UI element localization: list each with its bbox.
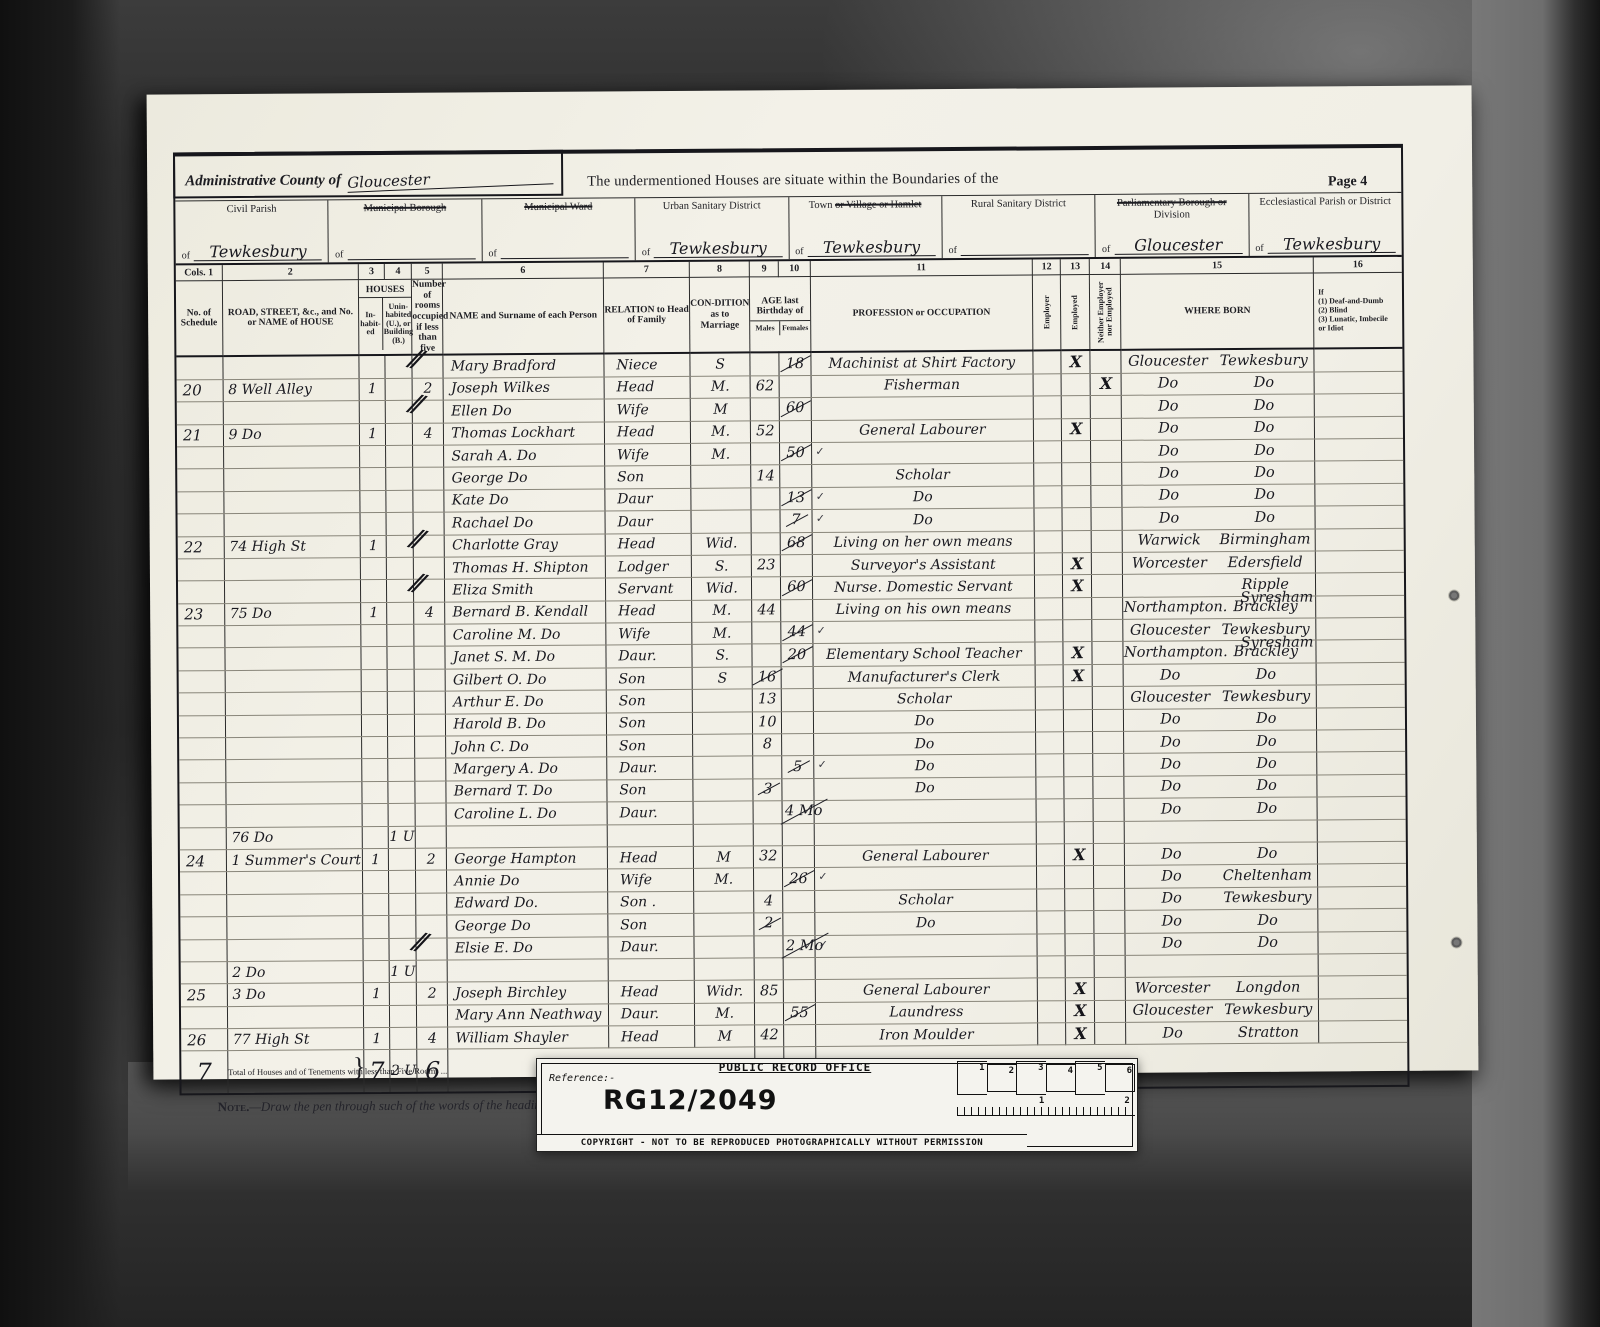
- cell-occupation: [814, 799, 1037, 823]
- born-county: Gloucester: [1126, 1003, 1218, 1020]
- cell-employed: [1062, 485, 1091, 508]
- cell-uninhabited: [388, 781, 415, 804]
- cell-name: Joseph Wilkes: [443, 377, 604, 401]
- enumeration-table: Cols. 12345678910111213141516No. of Sche…: [176, 257, 1408, 1094]
- age-value: 52: [754, 423, 777, 439]
- cell-relation: Servant: [605, 578, 691, 601]
- x-mark: X: [1071, 554, 1084, 573]
- cell-schedule: 22: [178, 536, 224, 559]
- cell-rooms: [416, 893, 447, 916]
- cell-age-female: 44✓: [781, 622, 812, 645]
- cell-where-born: DoDo: [1122, 439, 1315, 463]
- cell-infirmities: [1317, 774, 1406, 797]
- cell-where-born: DoDo: [1124, 663, 1317, 687]
- cell-name: Gilbert O. Do: [445, 668, 606, 692]
- cell-uninhabited: [388, 803, 415, 826]
- cell-age-male: [751, 510, 780, 533]
- column-number-9: 9: [750, 261, 779, 277]
- stamp-reference-number: RG12/2049: [603, 1085, 778, 1116]
- district-label: Parliamentary Borough or Division: [1102, 197, 1243, 222]
- born-place: [1218, 965, 1318, 966]
- ruler-segment: 3: [1016, 1061, 1046, 1095]
- cell-road: 9 Do: [223, 423, 360, 446]
- cell-road: [226, 781, 363, 804]
- cell-inhabited: [359, 401, 385, 424]
- cell-age-female: [783, 913, 814, 936]
- cell-condition: S.: [692, 644, 752, 667]
- cell-name: Charlotte Gray: [444, 533, 605, 557]
- cell-inhabited: [362, 826, 388, 849]
- cell-employer: [1038, 1023, 1066, 1046]
- born-place: Tewkesbury: [1218, 1002, 1318, 1019]
- district-cell-1: Municipal Boroughof: [329, 199, 483, 262]
- cell-employed: [1062, 396, 1091, 419]
- cell-schedule: 20: [177, 379, 223, 402]
- cell-employer: [1035, 575, 1063, 598]
- born-pair: DoDo: [1125, 845, 1317, 862]
- cell-age-female: 68: [781, 532, 812, 555]
- age-value: 16: [756, 669, 779, 685]
- cell-age-female: [781, 599, 812, 622]
- cell-rooms: [413, 490, 444, 513]
- column-number-7: 7: [603, 262, 689, 278]
- cell-neither: [1091, 507, 1122, 530]
- cell-rooms: [415, 803, 446, 826]
- cell-employed: X: [1066, 1000, 1095, 1023]
- cell-employed: X: [1062, 418, 1091, 441]
- column-number-5: 5: [411, 264, 442, 280]
- cell-road: 1 Summer's Court: [226, 849, 363, 872]
- born-place: Do: [1217, 845, 1317, 862]
- cell-road: [224, 558, 361, 581]
- born-county: Gloucester: [1124, 689, 1216, 706]
- cell-occupation: [811, 441, 1034, 465]
- cell-employer: [1037, 888, 1065, 911]
- cell-inhabited: [362, 759, 388, 782]
- cell-age-male: [751, 443, 780, 466]
- cell-occupation: Fisherman: [811, 374, 1034, 398]
- cell-occupation: General Labourer: [814, 844, 1037, 868]
- cell-uninhabited: [390, 1005, 417, 1028]
- cell-infirmities: [1315, 505, 1404, 528]
- born-pair: DoDo: [1125, 733, 1317, 750]
- cell-employer: [1037, 866, 1065, 889]
- cell-where-born: [1125, 820, 1318, 844]
- cell-age-male: 3: [753, 779, 782, 802]
- cell-occupation: Nurse. Domestic Servant: [812, 575, 1035, 599]
- cell-road: 8 Well Alley: [223, 378, 360, 401]
- cell-relation: Son: [606, 690, 692, 713]
- cell-schedule: 26: [181, 1029, 227, 1052]
- cell-condition: [693, 801, 753, 824]
- header-occupation: PROFESSION or OCCUPATION: [810, 275, 1033, 352]
- cell-condition: M: [695, 1025, 755, 1048]
- born-pair: DoDo: [1124, 711, 1316, 728]
- district-label: Municipal Borough: [335, 202, 475, 215]
- of-prefix: of: [1255, 243, 1263, 254]
- cell-occupation: Scholar: [813, 687, 1036, 711]
- cell-occupation: General Labourer: [815, 978, 1038, 1002]
- cell-neither: [1092, 642, 1123, 665]
- cell-condition: M.: [690, 420, 750, 443]
- cell-road: 76 Do: [226, 826, 363, 849]
- cell-inhabited: 1: [362, 848, 388, 871]
- district-value: Tewkesbury: [654, 240, 782, 258]
- born-pair: [1126, 965, 1318, 966]
- born-county: Worcester: [1126, 980, 1218, 997]
- stamp-office-name: PUBLIC RECORD OFFICE: [655, 1061, 935, 1074]
- label-part: Town: [809, 200, 835, 211]
- cell-rooms: [414, 691, 445, 714]
- born-pair: DoDo: [1123, 487, 1315, 504]
- cell-employed: [1061, 373, 1090, 396]
- cell-road: [225, 737, 362, 760]
- cell-neither: [1091, 418, 1122, 441]
- label-part: Ecclesiastical Parish or District: [1259, 196, 1391, 208]
- cell-age-male: 85: [755, 980, 784, 1003]
- cell-age-female: [782, 711, 813, 734]
- cell-uninhabited: [386, 468, 413, 491]
- district-value-handwriting: Tewkesbury: [823, 237, 920, 257]
- ruler-lower-number: 1: [1039, 1096, 1044, 1106]
- cell-rooms: [416, 960, 447, 983]
- cell-name: Margery A. Do: [446, 757, 607, 781]
- cell-name: Sarah A. Do: [444, 444, 605, 468]
- cell-neither: [1093, 799, 1124, 822]
- district-value: Gloucester: [1114, 237, 1242, 255]
- cell-schedule: [178, 514, 224, 537]
- cell-infirmities: [1318, 886, 1407, 909]
- cell-relation: Daur.: [608, 936, 694, 959]
- cell-infirmities: [1316, 662, 1405, 685]
- cell-infirmities: [1319, 998, 1408, 1021]
- cell-age-male: [754, 958, 783, 981]
- cell-name: Bernard B. Kendall: [445, 601, 606, 625]
- age-value: 4: [762, 893, 775, 909]
- struck-label-part: or Village or Hamlet: [835, 199, 921, 211]
- born-place: BrackleySyresham: [1216, 644, 1316, 661]
- cell-where-born: GloucesterTewkesbury: [1124, 685, 1317, 709]
- cell-occupation: Do: [813, 777, 1036, 801]
- born-pair: DoDo: [1122, 420, 1314, 437]
- cell-employer: [1035, 553, 1063, 576]
- cell-condition: Wid.: [692, 577, 752, 600]
- cell-inhabited: [362, 804, 388, 827]
- cell-age-female: [782, 778, 813, 801]
- cell-inhabited: [360, 557, 386, 580]
- cell-occupation: Scholar: [814, 889, 1037, 913]
- cell-condition: M.: [692, 622, 752, 645]
- ruler-scale-bottom: 12: [957, 1099, 1135, 1116]
- cell-neither: [1095, 955, 1126, 978]
- born-county: Do: [1124, 711, 1216, 728]
- born-superscript: Syresham: [1241, 635, 1314, 652]
- cell-uninhabited: [390, 1027, 417, 1050]
- district-value: Tewkesbury: [1268, 236, 1396, 254]
- cell-occupation: Living on his own means: [812, 598, 1035, 622]
- age-value: 14: [754, 468, 777, 484]
- cell-employer: [1037, 844, 1065, 867]
- cell-name: George Do: [447, 914, 608, 938]
- born-pair: DoStratton: [1127, 1024, 1319, 1041]
- cell-name: Elsie E. Do: [447, 936, 608, 960]
- infirmity-line: or Idiot: [1318, 324, 1400, 334]
- cell-neither: [1091, 395, 1122, 418]
- cell-employer: [1037, 978, 1065, 1001]
- age-value: 5: [791, 759, 804, 775]
- cell-rooms: [415, 714, 446, 737]
- cell-infirmities: [1315, 438, 1404, 461]
- born-county: [1125, 831, 1217, 832]
- ruler-segment: 1: [957, 1061, 987, 1095]
- born-county: Do: [1123, 465, 1215, 482]
- cell-condition: Widr.: [694, 980, 754, 1003]
- cell-employed: [1064, 776, 1093, 799]
- of-prefix: of: [795, 246, 803, 257]
- cell-inhabited: [360, 490, 386, 513]
- cell-employed: [1064, 799, 1093, 822]
- column-number-4: 4: [384, 264, 411, 280]
- cell-rooms: [413, 467, 444, 490]
- cell-road: [224, 580, 361, 603]
- tabulation-tick: ✓: [816, 490, 825, 503]
- born-place: Tewkesbury: [1216, 688, 1316, 705]
- cell-inhabited: [360, 513, 386, 536]
- header-females: Females: [781, 321, 810, 335]
- cell-condition: M.: [692, 600, 752, 623]
- born-pair: [1125, 831, 1317, 832]
- cell-relation: Daur: [605, 510, 691, 533]
- ruler-segment: 2: [987, 1064, 1017, 1092]
- district-label: Municipal Ward: [488, 201, 628, 214]
- microfilm-scan: Administrative County of Gloucester The …: [0, 0, 1600, 1327]
- cell-age-female: 55: [784, 1002, 815, 1025]
- cell-employer: [1033, 396, 1061, 419]
- cell-age-male: 10: [753, 711, 782, 734]
- cell-rooms: 4: [417, 1027, 448, 1050]
- cell-name: Harold B. Do: [446, 713, 607, 737]
- age-value: 62: [754, 378, 777, 394]
- header-name: NAME and Surname of each Person: [443, 278, 604, 355]
- born-place: Do: [1214, 420, 1314, 437]
- age-value: 32: [757, 848, 780, 864]
- header-neither-employer-nor-employed-vertical: Neither Employer nor Employed: [1097, 281, 1114, 343]
- cell-road: 74 High St: [224, 535, 361, 558]
- ruler-segment: 6: [1105, 1064, 1136, 1092]
- cell-age-female: [783, 890, 814, 913]
- born-pair: Northampton.BrackleySyresham: [1124, 599, 1316, 616]
- cell-employed: [1065, 955, 1094, 978]
- cell-name: Mary Ann Neathway: [448, 1004, 609, 1028]
- cell-infirmities: [1315, 483, 1404, 506]
- column-headers-row: No. of ScheduleROAD, STREET, &c., and No…: [176, 272, 1402, 356]
- cell-schedule: [180, 917, 226, 940]
- born-county: Do: [1122, 398, 1214, 415]
- header-rooms: Number of rooms occupied if less than fi…: [412, 279, 444, 355]
- cell-name: Arthur E. Do: [446, 690, 607, 714]
- cell-employed: [1064, 732, 1093, 755]
- houses-subheaders: In-habit-edUnin-habited (U.), or Buildin…: [359, 298, 412, 350]
- cell-age-male: [754, 868, 783, 891]
- born-county: Do: [1123, 510, 1215, 527]
- cell-schedule: [181, 962, 227, 985]
- cell-relation: Wife: [606, 622, 692, 645]
- cell-rooms: [416, 870, 447, 893]
- district-cell-5: Rural Sanitary Districtof: [942, 195, 1096, 258]
- cell-neither: [1091, 463, 1122, 486]
- column-number-6: 6: [443, 262, 604, 279]
- cell-inhabited: [361, 692, 387, 715]
- cell-relation: Head: [607, 846, 693, 869]
- cell-infirmities: [1318, 864, 1407, 887]
- cell-infirmities: [1319, 1020, 1408, 1043]
- born-county: Do: [1122, 376, 1214, 393]
- column-number-2: 2: [222, 264, 359, 280]
- cell-schedule: [179, 760, 225, 783]
- cell-road: [225, 647, 362, 670]
- cell-name: Caroline M. Do: [445, 623, 606, 647]
- cell-name: Kate Do: [444, 489, 605, 513]
- cell-occupation: Manufacturer's Clerk: [813, 665, 1036, 689]
- cell-road: [227, 1005, 364, 1028]
- cell-condition: M.: [691, 443, 751, 466]
- cell-neither: [1095, 1022, 1126, 1045]
- cell-infirmities: [1318, 976, 1407, 999]
- cell-inhabited: 1: [364, 1028, 390, 1051]
- cell-employed: [1062, 440, 1091, 463]
- cell-inhabited: [360, 468, 386, 491]
- district-cell-0: Civil ParishofTewkesbury: [175, 200, 329, 263]
- cell-occupation: Surveyor's Assistant: [812, 553, 1035, 577]
- born-county: Do: [1122, 420, 1214, 437]
- born-place: BrackleySyresham: [1216, 599, 1316, 616]
- cell-rooms: ⫽: [412, 400, 443, 423]
- column-number-12: 12: [1032, 259, 1060, 275]
- cell-employer: [1037, 933, 1065, 956]
- x-mark: X: [1071, 576, 1084, 595]
- cell-uninhabited: [389, 871, 416, 894]
- cell-age-female: [780, 465, 811, 488]
- column-number-8: 8: [689, 261, 749, 277]
- cell-relation: Head: [604, 376, 690, 399]
- born-place: Tewkesbury: [1218, 890, 1318, 907]
- cell-inhabited: [361, 580, 387, 603]
- born-place: Edersfield: [1215, 554, 1315, 571]
- tabulation-tick: ✓: [816, 512, 825, 525]
- cell-age-male: 42: [755, 1025, 784, 1048]
- age-subheaders: MalesFemales: [750, 321, 809, 335]
- cell-inhabited: [364, 1005, 390, 1028]
- cell-condition: Wid.: [691, 532, 751, 555]
- cell-condition: M: [690, 398, 750, 421]
- cell-infirmities: [1317, 841, 1406, 864]
- tabulation-tick: ✓: [818, 870, 827, 883]
- cell-schedule: [179, 693, 225, 716]
- cell-employed: X: [1063, 575, 1092, 598]
- born-county: Do: [1126, 935, 1218, 952]
- cell-infirmities: [1314, 348, 1403, 372]
- born-place: Do: [1218, 912, 1318, 929]
- cell-occupation: Do: [814, 911, 1037, 935]
- cell-uninhabited: [386, 512, 413, 535]
- cell-inhabited: [361, 714, 387, 737]
- cell-condition: M.: [695, 1003, 755, 1026]
- cell-condition: [694, 935, 754, 958]
- cell-occupation: [811, 396, 1034, 420]
- born-county: Do: [1125, 801, 1217, 818]
- cell-neither: [1094, 888, 1125, 911]
- cell-occupation: [814, 866, 1037, 890]
- born-place: Do: [1217, 800, 1317, 817]
- district-value-line: ofTewkesbury: [1255, 236, 1395, 254]
- cell-road: [223, 490, 360, 513]
- cell-condition: [691, 510, 751, 533]
- cell-age-female: 18: [779, 352, 810, 375]
- born-pair: DoDo: [1124, 666, 1316, 683]
- stamp-copyright-line: COPYRIGHT - NOT TO BE REPRODUCED PHOTOGR…: [537, 1134, 1027, 1151]
- cell-schedule: 23: [178, 603, 224, 626]
- cell-rooms: [415, 781, 446, 804]
- cell-neither: [1092, 597, 1123, 620]
- cell-age-female: [784, 980, 815, 1003]
- cell-relation: [607, 824, 693, 847]
- cell-inhabited: [363, 893, 389, 916]
- age-value: 68: [785, 535, 808, 551]
- age-value: 26: [787, 871, 810, 887]
- header-age: AGE last Birthday ofMalesFemales: [750, 277, 811, 353]
- cell-employed: [1065, 866, 1094, 889]
- label-part: Civil Parish: [227, 204, 277, 215]
- cell-relation: Head: [608, 981, 694, 1004]
- cell-name: Mary Bradford: [443, 354, 604, 378]
- cell-uninhabited: [389, 893, 416, 916]
- of-prefix: of: [1102, 244, 1110, 255]
- district-value: Tewkesbury: [194, 243, 322, 261]
- cell-age-female: 5✓: [782, 756, 813, 779]
- cell-rooms: [414, 669, 445, 692]
- cell-uninhabited: [386, 423, 413, 446]
- column-number-15: 15: [1121, 257, 1314, 274]
- cell-condition: [694, 958, 754, 981]
- page-number: Page 4: [1328, 174, 1367, 190]
- cell-infirmities: [1315, 550, 1404, 573]
- cell-employer: [1037, 956, 1065, 979]
- cell-age-female: [781, 554, 812, 577]
- cell-relation: Son: [606, 734, 692, 757]
- cell-age-male: [753, 823, 782, 846]
- cell-neither: X: [1090, 373, 1121, 396]
- header-road: ROAD, STREET, &c., and No. or NAME of HO…: [222, 280, 359, 357]
- punch-hole: [1449, 590, 1459, 600]
- cell-infirmities: [1314, 371, 1403, 394]
- cell-where-born: DoTewkesbury: [1125, 887, 1318, 911]
- born-county: Northampton.: [1124, 600, 1216, 617]
- age-group-label: AGE last Birthday of: [750, 294, 809, 322]
- district-value-line: ofTewkesbury: [642, 240, 782, 258]
- born-pair: DoDo: [1122, 397, 1314, 414]
- born-pair: DoDo: [1123, 509, 1315, 526]
- cell-inhabited: [362, 781, 388, 804]
- houses-group-label: HOUSES: [359, 284, 411, 298]
- cell-age-female: 60: [780, 398, 811, 421]
- cell-uninhabited: [385, 378, 412, 401]
- cell-rooms: [414, 624, 445, 647]
- tabulation-tick: ✓: [819, 937, 828, 950]
- cell-uninhabited: [389, 915, 416, 938]
- column-number-16: 16: [1313, 257, 1401, 273]
- cell-where-born: DoDo: [1125, 932, 1318, 956]
- cell-uninhabited: [389, 983, 416, 1006]
